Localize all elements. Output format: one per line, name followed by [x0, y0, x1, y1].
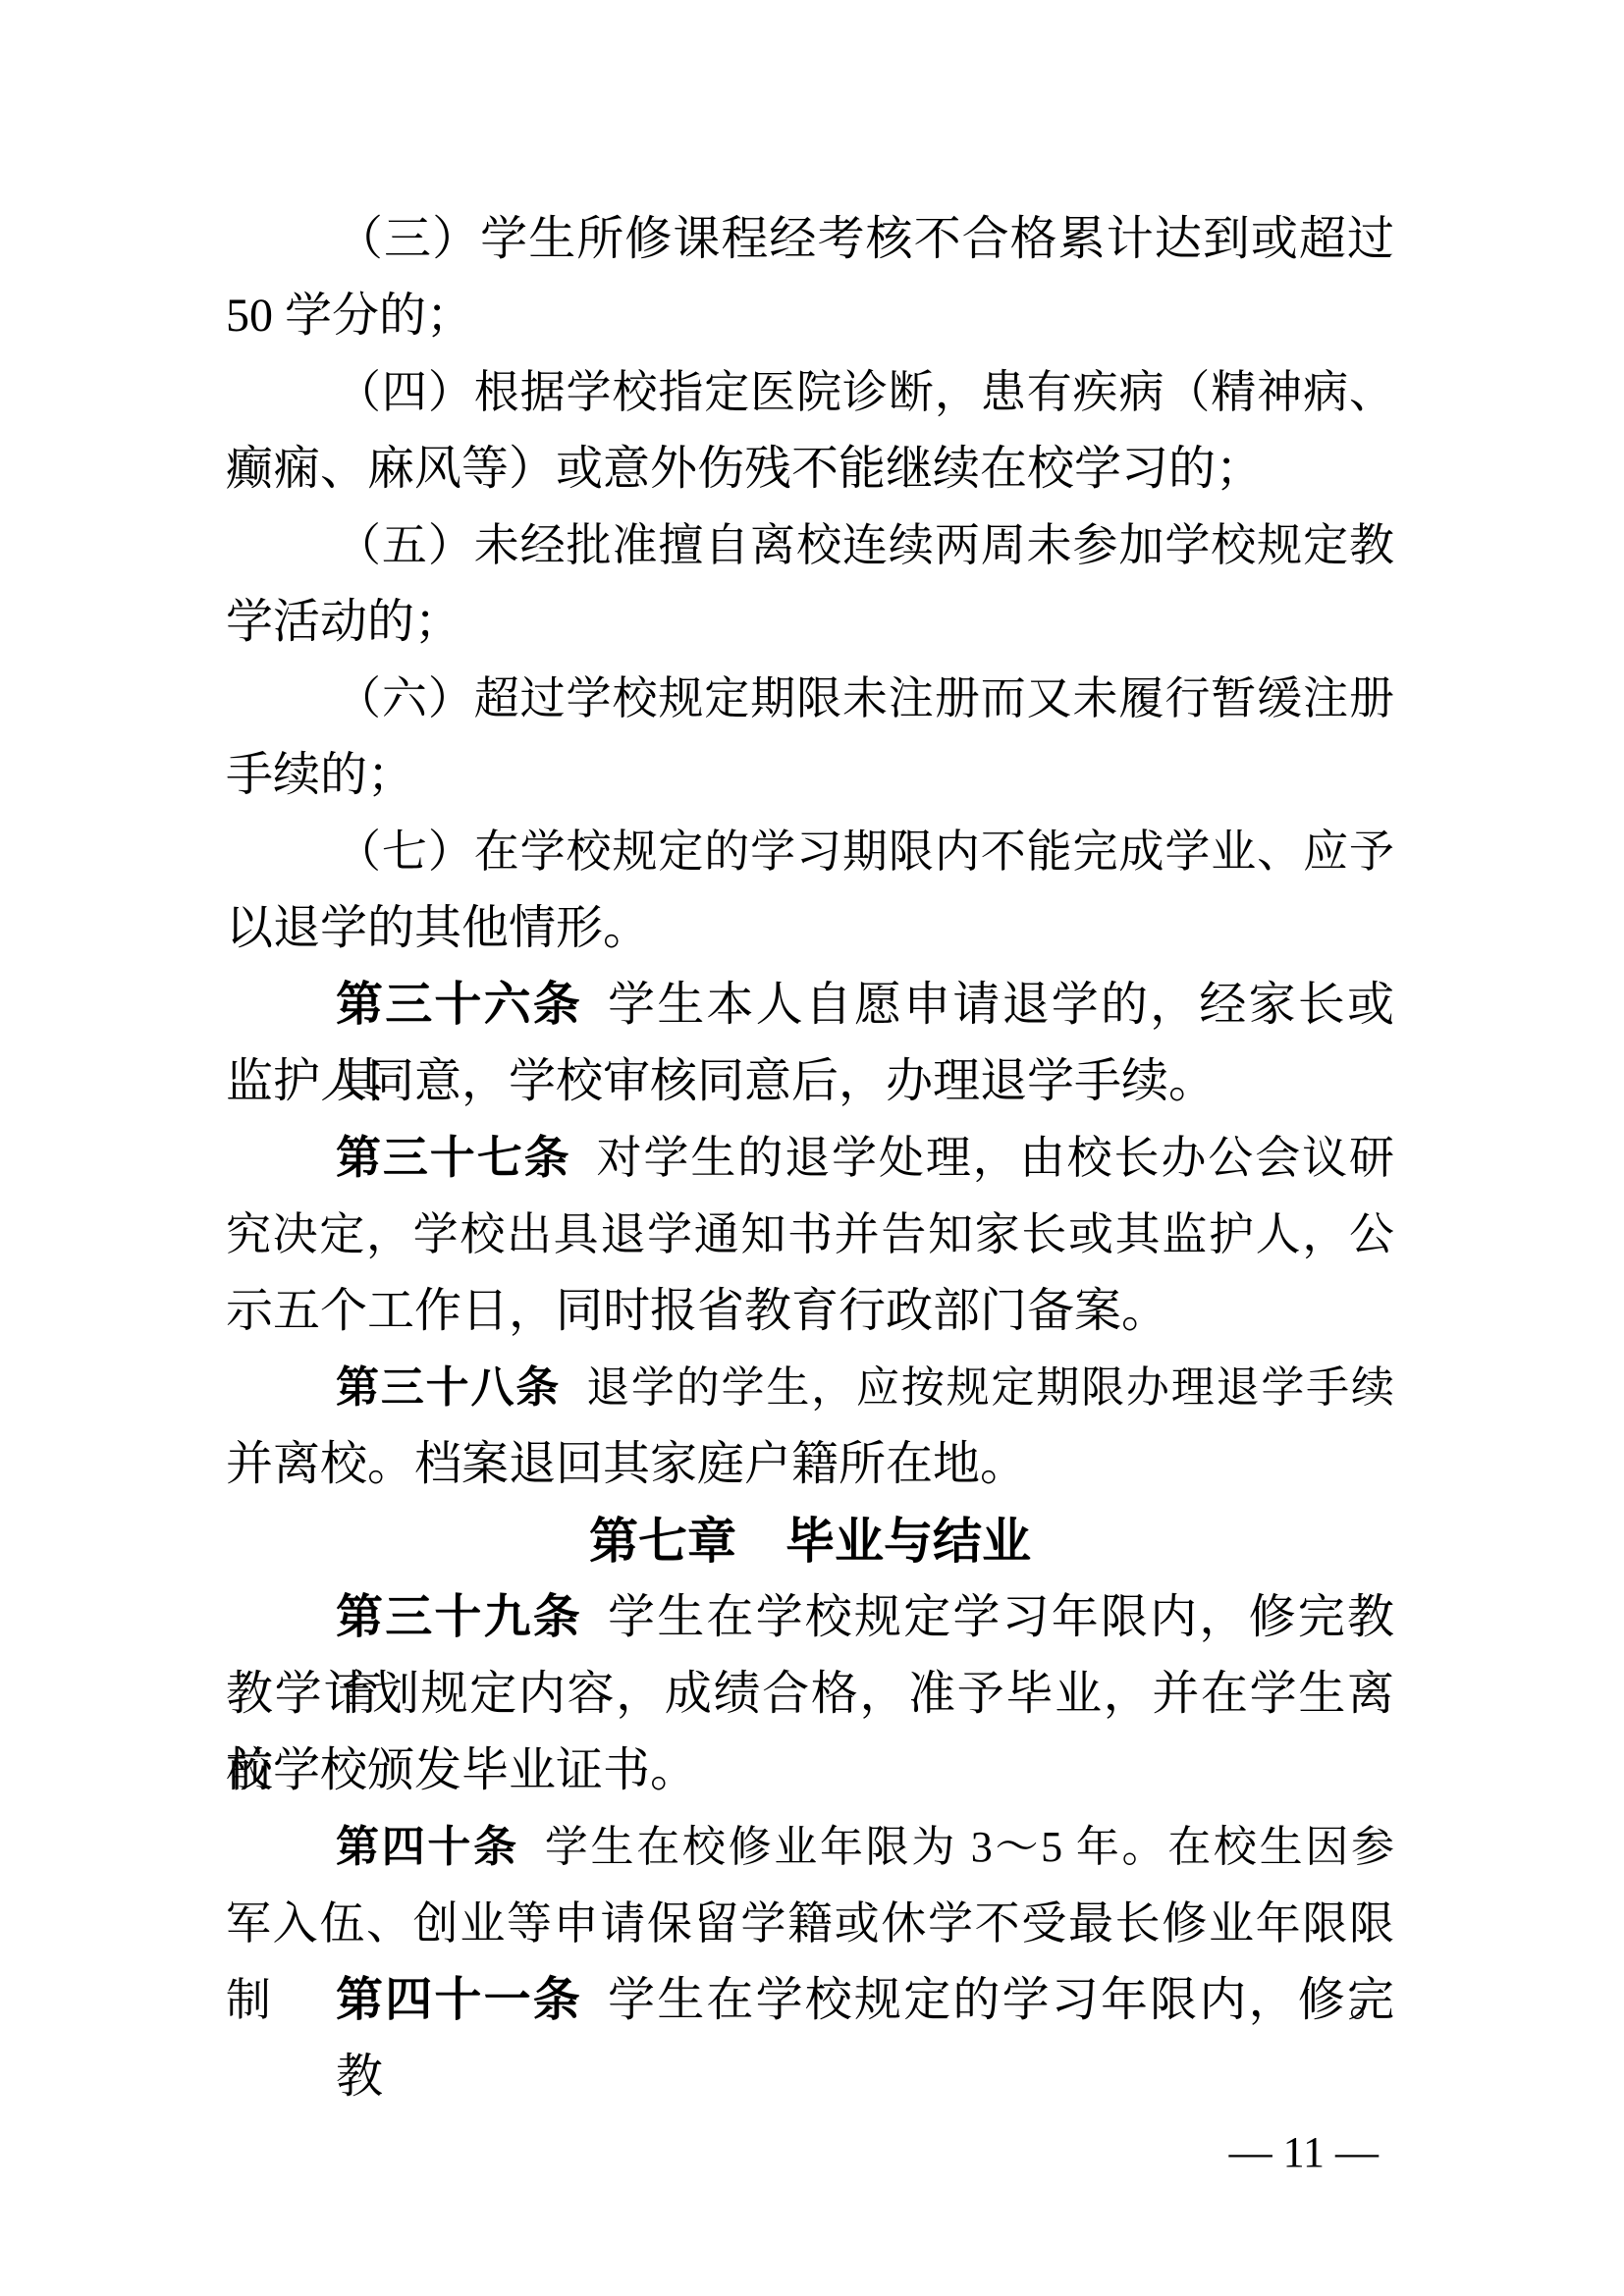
article-number: 第三十六条 — [336, 979, 582, 1031]
article-number: 第三十七条 — [336, 1133, 571, 1183]
text-line: （四）根据学校指定医院诊断，患有疾病（精神病、 — [226, 354, 1394, 431]
text-line: 第三十六条学生本人自愿申请退学的，经家长或其 — [226, 967, 1394, 1043]
text-line: 第三十九条学生在学校规定学习年限内，修完教育 — [226, 1579, 1394, 1656]
text-line: 教学计划规定内容，成绩合格，准予毕业，并在学生离校 — [226, 1656, 1394, 1733]
text-line: 第四十条学生在校修业年限为 3～5 年。在校生因参 — [226, 1809, 1394, 1886]
text-line: 第四十一条学生在学校规定的学习年限内，修完教 — [226, 1962, 1394, 2039]
article-number: 第四十条 — [336, 1823, 519, 1871]
text-line: 以退学的其他情形。 — [226, 890, 1394, 967]
text-line: 究决定，学校出具退学通知书并告知家长或其监护人，公 — [226, 1197, 1394, 1273]
chapter-heading: 第七章 毕业与结业 — [226, 1503, 1394, 1579]
text-line: 前学校颁发毕业证书。 — [226, 1733, 1394, 1809]
text-line: 学活动的； — [226, 584, 1394, 661]
text-line: 军入伍、创业等申请保留学籍或休学不受最长修业年限限制。 — [226, 1886, 1394, 1962]
article-text: 退学的学生，应按规定期限办理退学手续 — [586, 1363, 1394, 1412]
article-number: 第三十八条 — [336, 1363, 561, 1412]
article-text: 对学生的退学处理，由校长办公会议研 — [597, 1133, 1394, 1183]
text-line: 手续的； — [226, 737, 1394, 814]
text-line: 监护人同意，学校审核同意后，办理退学手续。 — [226, 1043, 1394, 1120]
page-number: — 11 — — [1229, 2123, 1379, 2182]
text-line: 50 学分的； — [226, 278, 1394, 354]
article-number: 第三十九条 — [336, 1591, 582, 1643]
text-line: （三）学生所修课程经考核不合格累计达到或超过 — [226, 201, 1394, 278]
document-page: （三）学生所修课程经考核不合格累计达到或超过50 学分的；（四）根据学校指定医院… — [0, 0, 1624, 2296]
text-line: 并离校。档案退回其家庭户籍所在地。 — [226, 1426, 1394, 1503]
text-line: （五）未经批准擅自离校连续两周未参加学校规定教 — [226, 507, 1394, 584]
document-body: （三）学生所修课程经考核不合格累计达到或超过50 学分的；（四）根据学校指定医院… — [226, 201, 1394, 2039]
text-line: 第三十七条对学生的退学处理，由校长办公会议研 — [226, 1120, 1394, 1197]
text-line: （七）在学校规定的学习期限内不能完成学业、应予 — [226, 814, 1394, 890]
text-line: （六）超过学校规定期限未注册而又未履行暂缓注册 — [226, 661, 1394, 737]
article-number: 第四十一条 — [336, 1974, 582, 2026]
text-line: 癫痫、麻风等）或意外伤残不能继续在校学习的； — [226, 431, 1394, 507]
text-line: 第三十八条退学的学生，应按规定期限办理退学手续 — [226, 1350, 1394, 1426]
article-text: 学生在校修业年限为 3～5 年。在校生因参 — [545, 1823, 1394, 1871]
text-line: 示五个工作日，同时报省教育行政部门备案。 — [226, 1273, 1394, 1350]
